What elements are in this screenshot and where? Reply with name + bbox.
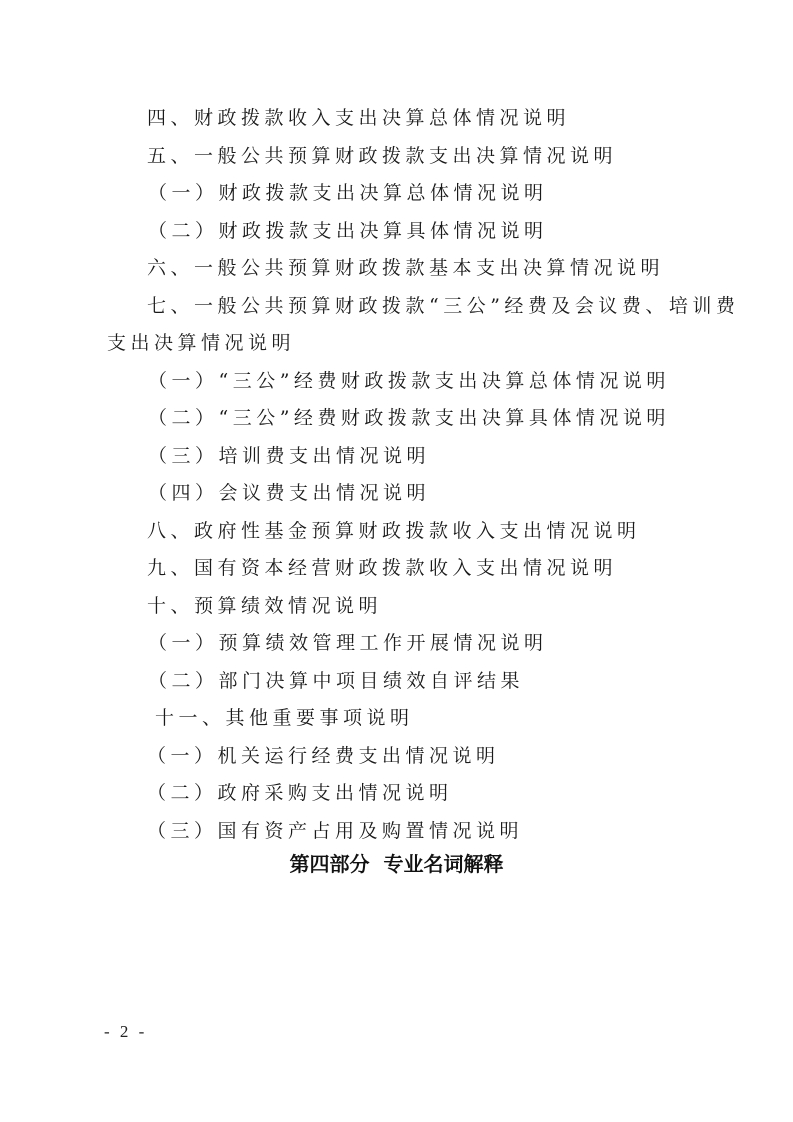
toc-item-9: 九、国有资本经营财政拨款收入支出情况说明 bbox=[147, 556, 617, 580]
toc-item-8: 八、政府性基金预算财政拨款收入支出情况说明 bbox=[147, 519, 641, 543]
toc-subitem-5-1: （一）财政拨款支出决算总体情况说明 bbox=[148, 181, 548, 205]
toc-item-10: 十、预算绩效情况说明 bbox=[147, 594, 382, 618]
toc-subitem-7-4: （四）会议费支出情况说明 bbox=[148, 481, 430, 505]
toc-subitem-7-1: （一）“三公”经费财政拨款支出决算总体情况说明 bbox=[148, 369, 670, 393]
toc-subitem-10-2: （二）部门决算中项目绩效自评结果 bbox=[148, 669, 524, 693]
toc-item-11: 十一、其他重要事项说明 bbox=[155, 706, 414, 730]
toc-item-6: 六、一般公共预算财政拨款基本支出决算情况说明 bbox=[147, 256, 664, 280]
toc-item-5: 五、一般公共预算财政拨款支出决算情况说明 bbox=[147, 144, 617, 168]
toc-subitem-11-1: （一）机关运行经费支出情况说明 bbox=[147, 744, 500, 768]
toc-subitem-11-3: （三）国有资产占用及购置情况说明 bbox=[147, 819, 523, 843]
section-heading: 第四部分 专业名词解释 bbox=[0, 851, 793, 877]
toc-subitem-7-2: （二）“三公”经费财政拨款支出决算具体情况说明 bbox=[148, 406, 670, 430]
toc-subitem-7-3: （三）培训费支出情况说明 bbox=[148, 444, 430, 468]
toc-subitem-10-1: （一）预算绩效管理工作开展情况说明 bbox=[148, 631, 548, 655]
toc-subitem-5-2: （二）财政拨款支出决算具体情况说明 bbox=[148, 219, 548, 243]
toc-item-7: 七、一般公共预算财政拨款“三公”经费及会议费、培训费 bbox=[147, 294, 739, 318]
toc-subitem-11-2: （二）政府采购支出情况说明 bbox=[147, 781, 453, 805]
page-number: - 2 - bbox=[104, 1022, 147, 1042]
document-page: 四、财政拨款收入支出决算总体情况说明 五、一般公共预算财政拨款支出决算情况说明 … bbox=[0, 0, 793, 1122]
toc-item-4: 四、财政拨款收入支出决算总体情况说明 bbox=[147, 106, 570, 130]
toc-item-7-continuation: 支出决算情况说明 bbox=[107, 331, 295, 355]
